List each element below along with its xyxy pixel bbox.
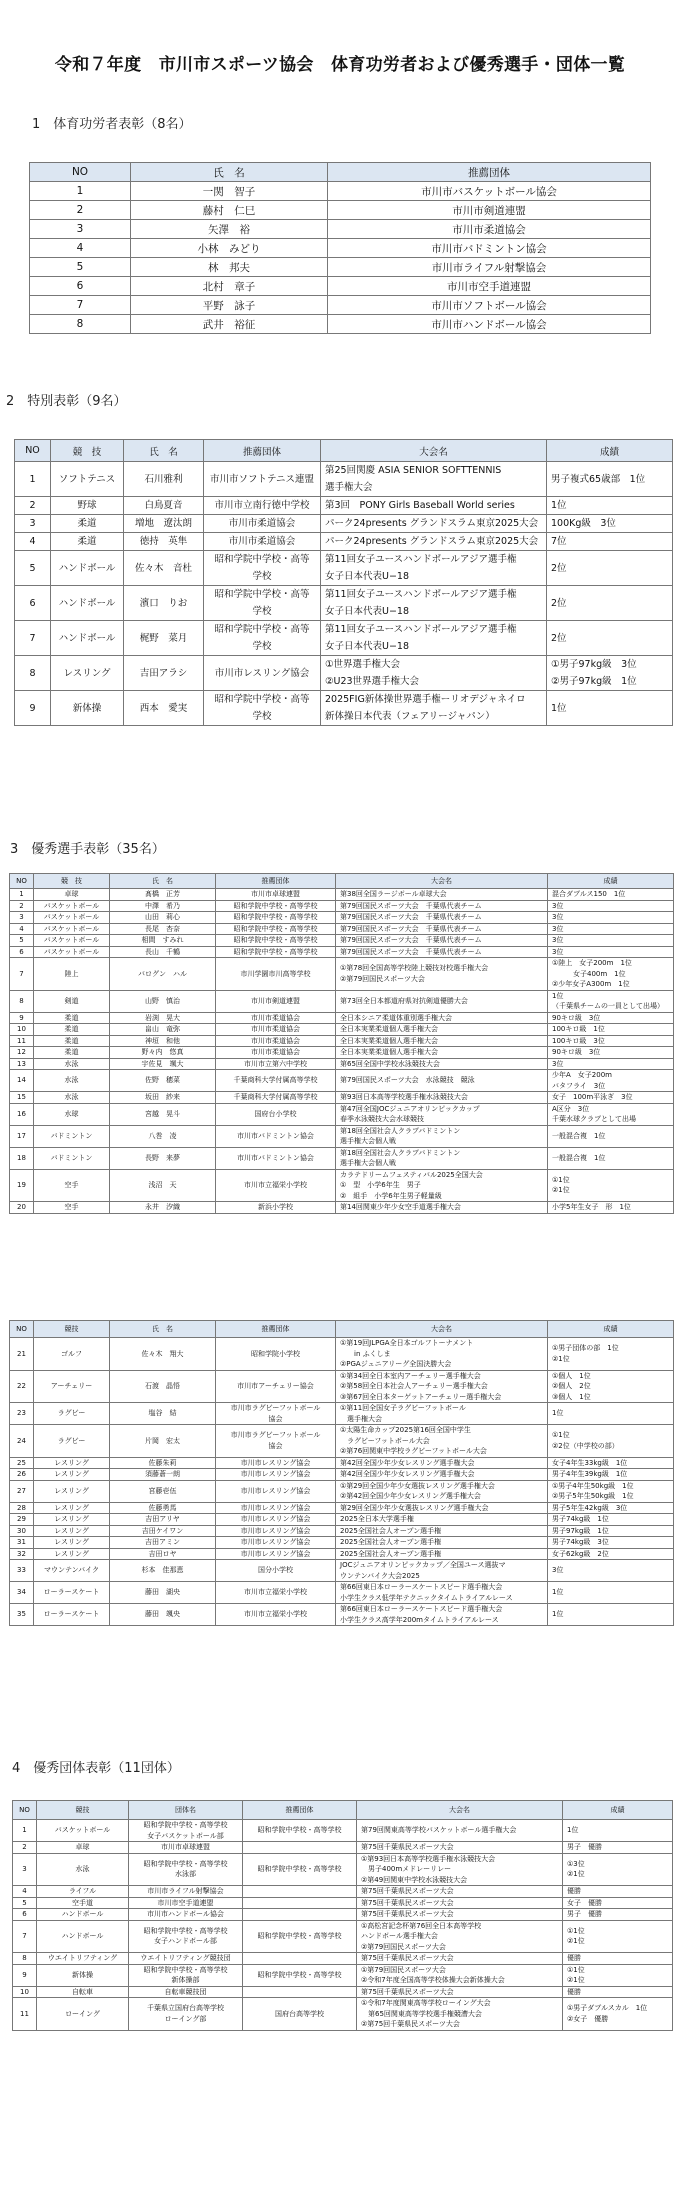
cell-name: 宇佐見 颯大 xyxy=(110,1058,216,1070)
cell-result: 混合ダブルス150 1位 xyxy=(548,889,674,901)
cell-event: 第11回女子ユースハンドボールアジア選手権 女子日本代表U−18 xyxy=(321,621,547,656)
cell-sport: 水球 xyxy=(34,1103,110,1125)
cell-org: 昭和学院中学校・高等 学校 xyxy=(204,691,321,726)
table-row: 9新体操昭和学院中学校・高等学校 新体操部昭和学院中学校・高等学校①第79回国民… xyxy=(13,1964,673,1986)
cell-name: 長尾 杏奈 xyxy=(110,923,216,935)
cell-event: 2025全国社会人オープン選手権 xyxy=(336,1537,548,1549)
cell-org: 市川市レスリング協会 xyxy=(216,1457,336,1469)
cell-result: 90キロ級 3位 xyxy=(548,1047,674,1059)
cell-event: 全日本実業柔道個人選手権大会 xyxy=(336,1047,548,1059)
cell-sport: 陸上 xyxy=(34,958,110,991)
cell-org xyxy=(243,1897,357,1909)
cell-event: 第75回千葉県民スポーツ大会 xyxy=(357,1842,563,1854)
cell-no: 22 xyxy=(10,1370,34,1403)
cell-sport: 柔道 xyxy=(34,1047,110,1059)
table-row: 21ゴルフ佐々木 翔大昭和学院小学校①第19回JLPGA全日本ゴルフトーナメント… xyxy=(10,1338,674,1371)
cell-org: 市川市剣道連盟 xyxy=(216,990,336,1012)
table-row: 7陸上バログン ハル市川学園市川高等学校①第78回全国高等学校陸上競技対校選手権… xyxy=(10,958,674,991)
excellent-athlete-table-part1: NO 競 技 氏 名 推薦団体 大会名 成績 1卓球髙橋 正芳市川市卓球連盟第3… xyxy=(9,873,674,1214)
cell-sport: ローラースケート xyxy=(34,1582,110,1604)
cell-result: 3位 xyxy=(548,923,674,935)
table-row: 5空手道市川市空手道連盟第75回千葉県民スポーツ大会女子 優勝 xyxy=(13,1897,673,1909)
cell-org xyxy=(243,1842,357,1854)
cell-org: 昭和学院中学校・高等 学校 xyxy=(204,621,321,656)
cell-result: 優勝 xyxy=(563,1986,673,1998)
table-row: 6北村 章子市川市空手道連盟 xyxy=(30,277,651,296)
cell-result: 3位 xyxy=(548,1560,674,1582)
cell-no: 8 xyxy=(13,1953,37,1965)
table-row: 7平野 詠子市川市ソフトボール協会 xyxy=(30,296,651,315)
cell-no: 15 xyxy=(10,1092,34,1104)
cell-org: 市川市レスリング協会 xyxy=(216,1469,336,1481)
cell-event: 第25回関慶 ASIA SENIOR SOFTTENNIS 選手権大会 xyxy=(321,462,547,497)
cell-result: 1位 xyxy=(548,1604,674,1626)
table-row: 17バドミントン八巻 凌市川市バドミントン協会第18回全国社会人クラブバドミント… xyxy=(10,1125,674,1147)
cell-result: 1位 xyxy=(563,1820,673,1842)
cell-result: ①1位 ②1位 xyxy=(548,1169,674,1202)
cell-org xyxy=(243,1886,357,1898)
cell-sport: レスリング xyxy=(34,1525,110,1537)
cell-name: 相間 すみれ xyxy=(110,935,216,947)
cell-org: 市川市レスリング協会 xyxy=(204,656,321,691)
table-row: 3バスケットボール山田 莉心昭和学院中学校・高等学校第79回国民スポーツ大会 千… xyxy=(10,912,674,924)
cell-name: 石川雅利 xyxy=(124,462,204,497)
table-row: 1バスケットボール昭和学院中学校・高等学校 女子バスケットボール部昭和学院中学校… xyxy=(13,1820,673,1842)
cell-no: 6 xyxy=(30,277,131,296)
table-row: 5バスケットボール相間 すみれ昭和学院中学校・高等学校第79回国民スポーツ大会 … xyxy=(10,935,674,947)
cell-name: 市川市ライフル射撃協会 xyxy=(129,1886,243,1898)
cell-result: 1位 xyxy=(547,497,673,515)
cell-event: ①第34回全日本室内アーチェリー選手権大会 ②第58回全日本社会人アーチェリー選… xyxy=(336,1370,548,1403)
cell-result: ①男子97kg級 3位 ②男子97kg級 1位 xyxy=(547,656,673,691)
cell-name: 市川市卓球連盟 xyxy=(129,1842,243,1854)
cell-result: 優勝 xyxy=(563,1886,673,1898)
cell-sport: 柔道 xyxy=(51,515,124,533)
cell-sport: マウンテンバイク xyxy=(34,1560,110,1582)
cell-org xyxy=(243,1909,357,1921)
cell-name: 市川市空手道連盟 xyxy=(129,1897,243,1909)
cell-name: 岩渕 晃大 xyxy=(110,1012,216,1024)
cell-org: 市川市柔道協会 xyxy=(216,1012,336,1024)
cell-result: ①陸上 女子200m 1位 女子400m 1位 ②少年女子A300m 1位 xyxy=(548,958,674,991)
cell-org: 昭和学院中学校・高等学校 xyxy=(216,935,336,947)
cell-result: 一般混合複 1位 xyxy=(548,1125,674,1147)
cell-no: 9 xyxy=(10,1012,34,1024)
col-header-event: 大会名 xyxy=(321,440,547,462)
cell-sport: 水泳 xyxy=(34,1070,110,1092)
cell-name: 吉田アリヤ xyxy=(110,1514,216,1526)
cell-event: 第38回全国ラージボール卓球大会 xyxy=(336,889,548,901)
cell-no: 6 xyxy=(10,946,34,958)
cell-result: ①男子団体の部 1位 ②1位 xyxy=(548,1338,674,1371)
cell-event: パーク24presents グランドスラム東京2025大会 xyxy=(321,515,547,533)
cell-sport: 野球 xyxy=(51,497,124,515)
table-row: 2バスケットボール中澤 希乃昭和学院中学校・高等学校第79回国民スポーツ大会 千… xyxy=(10,900,674,912)
table-row: 3柔道増地 遼汰朗市川市柔道協会パーク24presents グランドスラム東京2… xyxy=(15,515,673,533)
cell-no: 3 xyxy=(10,912,34,924)
cell-event: 2025FIG新体操世界選手権ーリオデジャネイロ 新体操日本代表（フェアリージャ… xyxy=(321,691,547,726)
table-row: 25レスリング佐藤朱莉市川市レスリング協会第42回全国少年少女レスリング選手権大… xyxy=(10,1457,674,1469)
cell-org: 市川市バドミントン協会 xyxy=(216,1125,336,1147)
col-header-result: 成績 xyxy=(548,874,674,889)
cell-result: 女子4年生33kg級 1位 xyxy=(548,1457,674,1469)
cell-name: 長野 来夢 xyxy=(110,1147,216,1169)
cell-name: 昭和学院中学校・高等学校 女子ハンドボール部 xyxy=(129,1920,243,1953)
cell-no: 3 xyxy=(13,1853,37,1886)
cell-org: 市川市バスケットボール協会 xyxy=(328,182,651,201)
cell-no: 5 xyxy=(15,551,51,586)
cell-name: 梶野 菜月 xyxy=(124,621,204,656)
cell-result: 小学5年生女子 形 1位 xyxy=(548,1202,674,1214)
table-header-row: NO 競技 氏 名 推薦団体 大会名 成績 xyxy=(10,1321,674,1338)
cell-event: ①第78回全国高等学校陸上競技対校選手権大会 ②第79回国民スポーツ大会 xyxy=(336,958,548,991)
cell-org xyxy=(243,1953,357,1965)
table-row: 2藤村 仁巳市川市剣道連盟 xyxy=(30,201,651,220)
cell-result: 90キロ級 3位 xyxy=(548,1012,674,1024)
cell-result: ①1位 ②1位 xyxy=(563,1920,673,1953)
cell-name: 佐藤朱莉 xyxy=(110,1457,216,1469)
cell-no: 28 xyxy=(10,1502,34,1514)
cell-name: 佐藤勇馬 xyxy=(110,1502,216,1514)
cell-name: 武井 裕征 xyxy=(131,315,328,334)
cell-org: 昭和学院中学校・高等学校 xyxy=(243,1853,357,1886)
cell-no: 20 xyxy=(10,1202,34,1214)
table-row: 4小林 みどり市川市バドミントン協会 xyxy=(30,239,651,258)
cell-name: 神垣 和他 xyxy=(110,1035,216,1047)
cell-org: 昭和学院小学校 xyxy=(216,1338,336,1371)
cell-event: 第93回日本高等学校選手権水泳競技大会 xyxy=(336,1092,548,1104)
cell-sport: バドミントン xyxy=(34,1125,110,1147)
table-row: 29レスリング吉田アリヤ市川市レスリング協会2025全日本大学選手権男子74kg… xyxy=(10,1514,674,1526)
cell-no: 3 xyxy=(30,220,131,239)
table-row: 8ウエイトリフティングウエイトリフティング競技団第75回千葉県民スポーツ大会優勝 xyxy=(13,1953,673,1965)
table-row: 19空手浅沼 天市川市立福栄小学校カラテドリームフェスティバル2025全国大会 … xyxy=(10,1169,674,1202)
cell-event: 第75回千葉県民スポーツ大会 xyxy=(357,1886,563,1898)
cell-sport: ハンドボール xyxy=(51,551,124,586)
cell-result: ①男子4年生50kg級 1位 ②男子5年生50kg級 1位 xyxy=(548,1480,674,1502)
table-row: 31レスリング吉田アミン市川市レスリング協会2025全国社会人オープン選手権男子… xyxy=(10,1537,674,1549)
cell-org: 国府台高等学校 xyxy=(243,1998,357,2031)
cell-org: 新浜小学校 xyxy=(216,1202,336,1214)
cell-org: 市川市柔道協会 xyxy=(328,220,651,239)
cell-no: 19 xyxy=(10,1169,34,1202)
section1-heading: 1 体育功労者表彰（8名） xyxy=(32,113,192,132)
cell-sport: 新体操 xyxy=(37,1964,129,1986)
cell-event: 第47回全国JOCジュニアオリンピックカップ 春季水泳競技大会水球競技 xyxy=(336,1103,548,1125)
cell-result: 1位 xyxy=(547,691,673,726)
table-row: 5林 邦夫市川市ライフル射撃協会 xyxy=(30,258,651,277)
table-row: 8レスリング吉田アラシ市川市レスリング協会①世界選手権大会 ②U23世界選手権大… xyxy=(15,656,673,691)
cell-event: ①令和7年度関東高等学校ローイング大会 第65回関東高等学校選手権競漕大会 ②第… xyxy=(357,1998,563,2031)
cell-event: 第79回国民スポーツ大会 千葉県代表チーム xyxy=(336,946,548,958)
cell-org: 市川市立南行徳中学校 xyxy=(204,497,321,515)
col-header-sport: 競 技 xyxy=(34,874,110,889)
cell-sport: レスリング xyxy=(34,1502,110,1514)
cell-no: 35 xyxy=(10,1604,34,1626)
cell-no: 2 xyxy=(13,1842,37,1854)
cell-event: 第18回全国社会人クラブバドミントン 選手権大会個人戦 xyxy=(336,1147,548,1169)
cell-sport: レスリング xyxy=(51,656,124,691)
cell-sport: バスケットボール xyxy=(34,946,110,958)
cell-sport: 水泳 xyxy=(34,1058,110,1070)
cell-sport: ハンドボール xyxy=(51,586,124,621)
cell-no: 34 xyxy=(10,1582,34,1604)
cell-result: 男子74kg級 3位 xyxy=(548,1537,674,1549)
cell-no: 26 xyxy=(10,1469,34,1481)
cell-name: 矢澤 裕 xyxy=(131,220,328,239)
cell-result: 3位 xyxy=(548,912,674,924)
table-row: 13水泳宇佐見 颯大市川市立第六中学校第65回全国中学校水泳競技大会3位 xyxy=(10,1058,674,1070)
cell-name: 昭和学院中学校・高等学校 新体操部 xyxy=(129,1964,243,1986)
cell-name: 塩谷 結 xyxy=(110,1403,216,1425)
cell-no: 3 xyxy=(15,515,51,533)
col-header-sport: 競技 xyxy=(34,1321,110,1338)
cell-sport: バスケットボール xyxy=(34,900,110,912)
cell-no: 30 xyxy=(10,1525,34,1537)
table-row: 24ラグビー片岡 宏太市川市ラグビーフットボール 協会①太陽生命カップ2025第… xyxy=(10,1425,674,1458)
cell-name: 吉田アミン xyxy=(110,1537,216,1549)
cell-org: 市川市レスリング協会 xyxy=(216,1548,336,1560)
table-row: 34ローラースケート藤田 湖央市川市立福栄小学校第66回東日本ローラースケートス… xyxy=(10,1582,674,1604)
cell-event: 2025全日本大学選手権 xyxy=(336,1514,548,1526)
cell-sport: ハンドボール xyxy=(37,1920,129,1953)
cell-org: 昭和学院中学校・高等学校 xyxy=(243,1920,357,1953)
cell-result: 2位 xyxy=(547,621,673,656)
cell-no: 9 xyxy=(15,691,51,726)
table-row: 2卓球市川市卓球連盟第75回千葉県民スポーツ大会男子 優勝 xyxy=(13,1842,673,1854)
cell-sport: 新体操 xyxy=(51,691,124,726)
cell-no: 16 xyxy=(10,1103,34,1125)
cell-org: 昭和学院中学校・高等学校 xyxy=(243,1820,357,1842)
cell-sport: ハンドボール xyxy=(37,1909,129,1921)
cell-event: 第79回国民スポーツ大会 千葉県代表チーム xyxy=(336,900,548,912)
cell-result: 男子5年生42kg級 3位 xyxy=(548,1502,674,1514)
cell-sport: ローラースケート xyxy=(34,1604,110,1626)
cell-name: 一関 智子 xyxy=(131,182,328,201)
cell-no: 7 xyxy=(30,296,131,315)
cell-event: 第79回国民スポーツ大会 千葉県代表チーム xyxy=(336,923,548,935)
table-row: 22アーチェリー石渡 晶悟市川市アーチェリー協会①第34回全日本室内アーチェリー… xyxy=(10,1370,674,1403)
cell-no: 27 xyxy=(10,1480,34,1502)
cell-org: 市川市レスリング協会 xyxy=(216,1525,336,1537)
cell-name: 須藤蒼一朗 xyxy=(110,1469,216,1481)
cell-sport: バドミントン xyxy=(34,1147,110,1169)
cell-no: 4 xyxy=(15,533,51,551)
cell-org: 市川市立福栄小学校 xyxy=(216,1169,336,1202)
cell-sport: ゴルフ xyxy=(34,1338,110,1371)
cell-no: 5 xyxy=(13,1897,37,1909)
cell-org: 昭和学院中学校・高等学校 xyxy=(216,912,336,924)
cell-org: 市川市レスリング協会 xyxy=(216,1537,336,1549)
cell-event: 第79回国民スポーツ大会 水泳競技 競泳 xyxy=(336,1070,548,1092)
section2-heading: 2 特別表彰（9名） xyxy=(6,390,127,409)
cell-sport: ハンドボール xyxy=(51,621,124,656)
cell-org: 市川市立第六中学校 xyxy=(216,1058,336,1070)
cell-result: 男子 優勝 xyxy=(563,1842,673,1854)
table-row: 20空手永井 汐織新浜小学校第14回関東少年少女空手道選手権大会小学5年生女子 … xyxy=(10,1202,674,1214)
table-row: 7ハンドボール昭和学院中学校・高等学校 女子ハンドボール部昭和学院中学校・高等学… xyxy=(13,1920,673,1953)
cell-result: 優勝 xyxy=(563,1953,673,1965)
cell-no: 32 xyxy=(10,1548,34,1560)
cell-event: ①世界選手権大会 ②U23世界選手権大会 xyxy=(321,656,547,691)
cell-no: 31 xyxy=(10,1537,34,1549)
cell-no: 7 xyxy=(13,1920,37,1953)
table-row: 23ラグビー塩谷 結市川市ラグビーフットボール 協会①第11回全国女子ラグビーフ… xyxy=(10,1403,674,1425)
col-header-no: NO xyxy=(10,874,34,889)
col-header-name: 氏 名 xyxy=(124,440,204,462)
col-header-name: 氏 名 xyxy=(131,163,328,182)
table-row: 4ライフル市川市ライフル射撃協会第75回千葉県民スポーツ大会優勝 xyxy=(13,1886,673,1898)
cell-sport: ウエイトリフティング xyxy=(37,1953,129,1965)
cell-org: 国分小学校 xyxy=(216,1560,336,1582)
col-header-no: NO xyxy=(15,440,51,462)
cell-sport: 卓球 xyxy=(34,889,110,901)
cell-org: 市川市レスリング協会 xyxy=(216,1514,336,1526)
cell-no: 24 xyxy=(10,1425,34,1458)
cell-name: 永井 汐織 xyxy=(110,1202,216,1214)
cell-sport: バスケットボール xyxy=(34,912,110,924)
cell-org: 市川市ラグビーフットボール 協会 xyxy=(216,1403,336,1425)
cell-name: 八巻 凌 xyxy=(110,1125,216,1147)
cell-org: 市川市レスリング協会 xyxy=(216,1480,336,1502)
table-header-row: NO 競 技 氏 名 推薦団体 大会名 成績 xyxy=(10,874,674,889)
col-header-result: 成績 xyxy=(547,440,673,462)
cell-sport: 水泳 xyxy=(37,1853,129,1886)
table-header-row: NO 氏 名 推薦団体 xyxy=(30,163,651,182)
cell-no: 25 xyxy=(10,1457,34,1469)
cell-sport: 剣道 xyxy=(34,990,110,1012)
cell-result: 1位 xyxy=(548,1582,674,1604)
table-row: 15水泳坂田 紗来千葉商科大学付属高等学校第93回日本高等学校選手権水泳競技大会… xyxy=(10,1092,674,1104)
cell-result: 男子97kg級 1位 xyxy=(548,1525,674,1537)
cell-org: 市川市ハンドボール協会 xyxy=(328,315,651,334)
cell-name: バログン ハル xyxy=(110,958,216,991)
cell-sport: ソフトテニス xyxy=(51,462,124,497)
cell-org: 昭和学院中学校・高等学校 xyxy=(216,946,336,958)
table-row: 9柔道岩渕 晃大市川市柔道協会全日本シニア柔道体重別選手権大会90キロ級 3位 xyxy=(10,1012,674,1024)
page-title: 令和７年度 市川市スポーツ協会 体育功労者および優秀選手・団体一覧 xyxy=(0,50,680,75)
cell-no: 2 xyxy=(15,497,51,515)
cell-no: 5 xyxy=(10,935,34,947)
cell-org xyxy=(243,1986,357,1998)
cell-org: 千葉商科大学付属高等学校 xyxy=(216,1070,336,1092)
cell-result: ①男子ダブルスカル 1位 ②女子 優勝 xyxy=(563,1998,673,2031)
cell-no: 2 xyxy=(10,900,34,912)
cell-org: 市川市卓球連盟 xyxy=(216,889,336,901)
cell-no: 17 xyxy=(10,1125,34,1147)
cell-sport: レスリング xyxy=(34,1514,110,1526)
cell-sport: 水泳 xyxy=(34,1092,110,1104)
cell-name: 佐野 穂菜 xyxy=(110,1070,216,1092)
table-row: 5ハンドボール佐々木 音杜昭和学院中学校・高等 学校第11回女子ユースハンドボー… xyxy=(15,551,673,586)
cell-org: 市川市空手道連盟 xyxy=(328,277,651,296)
col-header-event: 大会名 xyxy=(336,874,548,889)
col-header-name: 氏 名 xyxy=(110,1321,216,1338)
table-header-row: NO 競技 団体名 推薦団体 大会名 成績 xyxy=(13,1801,673,1820)
cell-org: 昭和学院中学校・高等学校 xyxy=(216,900,336,912)
cell-name: 北村 章子 xyxy=(131,277,328,296)
cell-name: 山野 慎治 xyxy=(110,990,216,1012)
table-row: 4柔道徳持 英隼市川市柔道協会パーク24presents グランドスラム東京20… xyxy=(15,533,673,551)
cell-no: 8 xyxy=(10,990,34,1012)
cell-event: カラテドリームフェスティバル2025全国大会 ① 型 小学6年生 男子 ② 組手… xyxy=(336,1169,548,1202)
table-row: 8剣道山野 慎治市川市剣道連盟第73回全日本都道府県対抗剣道優勝大会1位 （千葉… xyxy=(10,990,674,1012)
cell-event: 第11回女子ユースハンドボールアジア選手権 女子日本代表U−18 xyxy=(321,551,547,586)
cell-sport: バスケットボール xyxy=(34,935,110,947)
cell-sport: ラグビー xyxy=(34,1425,110,1458)
cell-no: 10 xyxy=(13,1986,37,1998)
cell-no: 18 xyxy=(10,1147,34,1169)
cell-name: 千葉県立国府台高等学校 ローイング部 xyxy=(129,1998,243,2031)
table-row: 18バドミントン長野 来夢市川市バドミントン協会第18回全国社会人クラブバドミン… xyxy=(10,1147,674,1169)
cell-no: 5 xyxy=(30,258,131,277)
col-header-org: 推薦団体 xyxy=(328,163,651,182)
cell-sport: アーチェリー xyxy=(34,1370,110,1403)
cell-sport: 空手 xyxy=(34,1169,110,1202)
cell-sport: ラグビー xyxy=(34,1403,110,1425)
cell-name: 宮越 晃斗 xyxy=(110,1103,216,1125)
cell-org: 市川市ソフトテニス連盟 xyxy=(204,462,321,497)
cell-result: 1位 （千葉県チームの一員として出場） xyxy=(548,990,674,1012)
cell-no: 21 xyxy=(10,1338,34,1371)
col-header-no: NO xyxy=(30,163,131,182)
cell-sport: 柔道 xyxy=(34,1024,110,1036)
cell-event: 第42回全国少年少女レスリング選手権大会 xyxy=(336,1457,548,1469)
cell-sport: バスケットボール xyxy=(34,923,110,935)
cell-no: 6 xyxy=(13,1909,37,1921)
merit-award-table: NO 氏 名 推薦団体 1一関 智子市川市バスケットボール協会2藤村 仁巳市川市… xyxy=(29,162,651,334)
cell-no: 13 xyxy=(10,1058,34,1070)
cell-no: 23 xyxy=(10,1403,34,1425)
cell-no: 1 xyxy=(15,462,51,497)
excellent-team-table: NO 競技 団体名 推薦団体 大会名 成績 1バスケットボール昭和学院中学校・高… xyxy=(12,1800,673,2031)
cell-org: 昭和学院中学校・高等学校 xyxy=(216,923,336,935)
cell-result: 男子74kg級 1位 xyxy=(548,1514,674,1526)
cell-no: 12 xyxy=(10,1047,34,1059)
cell-event: 第75回千葉県民スポーツ大会 xyxy=(357,1953,563,1965)
cell-org: 市川市バドミントン協会 xyxy=(328,239,651,258)
table-row: 6バスケットボール長山 千鶴昭和学院中学校・高等学校第79回国民スポーツ大会 千… xyxy=(10,946,674,958)
table-row: 7ハンドボール梶野 菜月昭和学院中学校・高等 学校第11回女子ユースハンドボール… xyxy=(15,621,673,656)
cell-sport: バスケットボール xyxy=(37,1820,129,1842)
cell-event: 第75回千葉県民スポーツ大会 xyxy=(357,1897,563,1909)
cell-result: 一般混合複 1位 xyxy=(548,1147,674,1169)
col-header-sport: 競技 xyxy=(37,1801,129,1820)
table-row: 27レスリング宮藤壱伍市川市レスリング協会①第29回全国少年少女選抜レスリング選… xyxy=(10,1480,674,1502)
cell-event: 第11回女子ユースハンドボールアジア選手権 女子日本代表U−18 xyxy=(321,586,547,621)
cell-name: ウエイトリフティング競技団 xyxy=(129,1953,243,1965)
col-header-org: 推薦団体 xyxy=(216,874,336,889)
col-header-org: 推薦団体 xyxy=(243,1801,357,1820)
cell-no: 33 xyxy=(10,1560,34,1582)
cell-event: 第66回東日本ローラースケートスピード選手権大会 小学生クラス高学年200mタイ… xyxy=(336,1604,548,1626)
cell-result: ①3位 ②1位 xyxy=(563,1853,673,1886)
cell-event: 第73回全日本都道府県対抗剣道優勝大会 xyxy=(336,990,548,1012)
cell-name: 中澤 希乃 xyxy=(110,900,216,912)
cell-name: 吉田ケイワン xyxy=(110,1525,216,1537)
table-row: 26レスリング須藤蒼一朗市川市レスリング協会第42回全国少年少女レスリング選手権… xyxy=(10,1469,674,1481)
table-row: 8武井 裕征市川市ハンドボール協会 xyxy=(30,315,651,334)
cell-result: ①個人 1位 ②個人 2位 ③個人 1位 xyxy=(548,1370,674,1403)
table-row: 35ローラースケート藤田 颯央市川市立福栄小学校第66回東日本ローラースケートス… xyxy=(10,1604,674,1626)
cell-no: 1 xyxy=(13,1820,37,1842)
cell-event: 全日本シニア柔道体重別選手権大会 xyxy=(336,1012,548,1024)
cell-event: 第75回千葉県民スポーツ大会 xyxy=(357,1986,563,1998)
cell-name: 浅沼 天 xyxy=(110,1169,216,1202)
cell-name: 増地 遼汰朗 xyxy=(124,515,204,533)
cell-result: 女子62kg級 2位 xyxy=(548,1548,674,1560)
table-row: 11ローイング千葉県立国府台高等学校 ローイング部国府台高等学校①令和7年度関東… xyxy=(13,1998,673,2031)
